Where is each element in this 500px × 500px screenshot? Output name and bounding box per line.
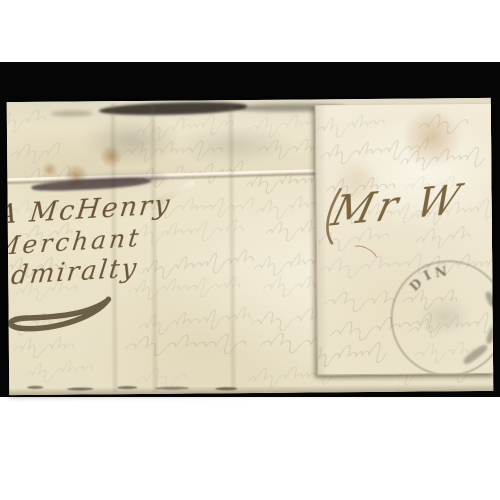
foxing-stain: [41, 162, 58, 178]
photo-mat: A McHenry Merchant Admiralty Mr W D I: [0, 62, 500, 397]
address-block: A McHenry Merchant Admiralty: [7, 190, 173, 292]
postmark-smudge: [414, 294, 474, 340]
foxing-stain: [402, 106, 463, 169]
postmark-letter: D: [407, 276, 426, 295]
letter-cover: A McHenry Merchant Admiralty Mr W D I: [7, 98, 494, 395]
postmark-letter: I: [422, 268, 434, 284]
faint-marking: [81, 117, 181, 166]
postmark-smudge: [485, 325, 493, 344]
postmark-smudge: [462, 343, 489, 366]
signature-flourish: [7, 291, 125, 338]
page: { "scene": { "type": "photograph", "subj…: [0, 0, 500, 500]
ghost-script-line: [315, 332, 403, 372]
ghost-script-line: [17, 349, 104, 389]
postmark-letter: N: [434, 265, 448, 282]
address-panel: Mr W D I N: [315, 104, 493, 376]
postmark-smudge: [484, 290, 493, 307]
